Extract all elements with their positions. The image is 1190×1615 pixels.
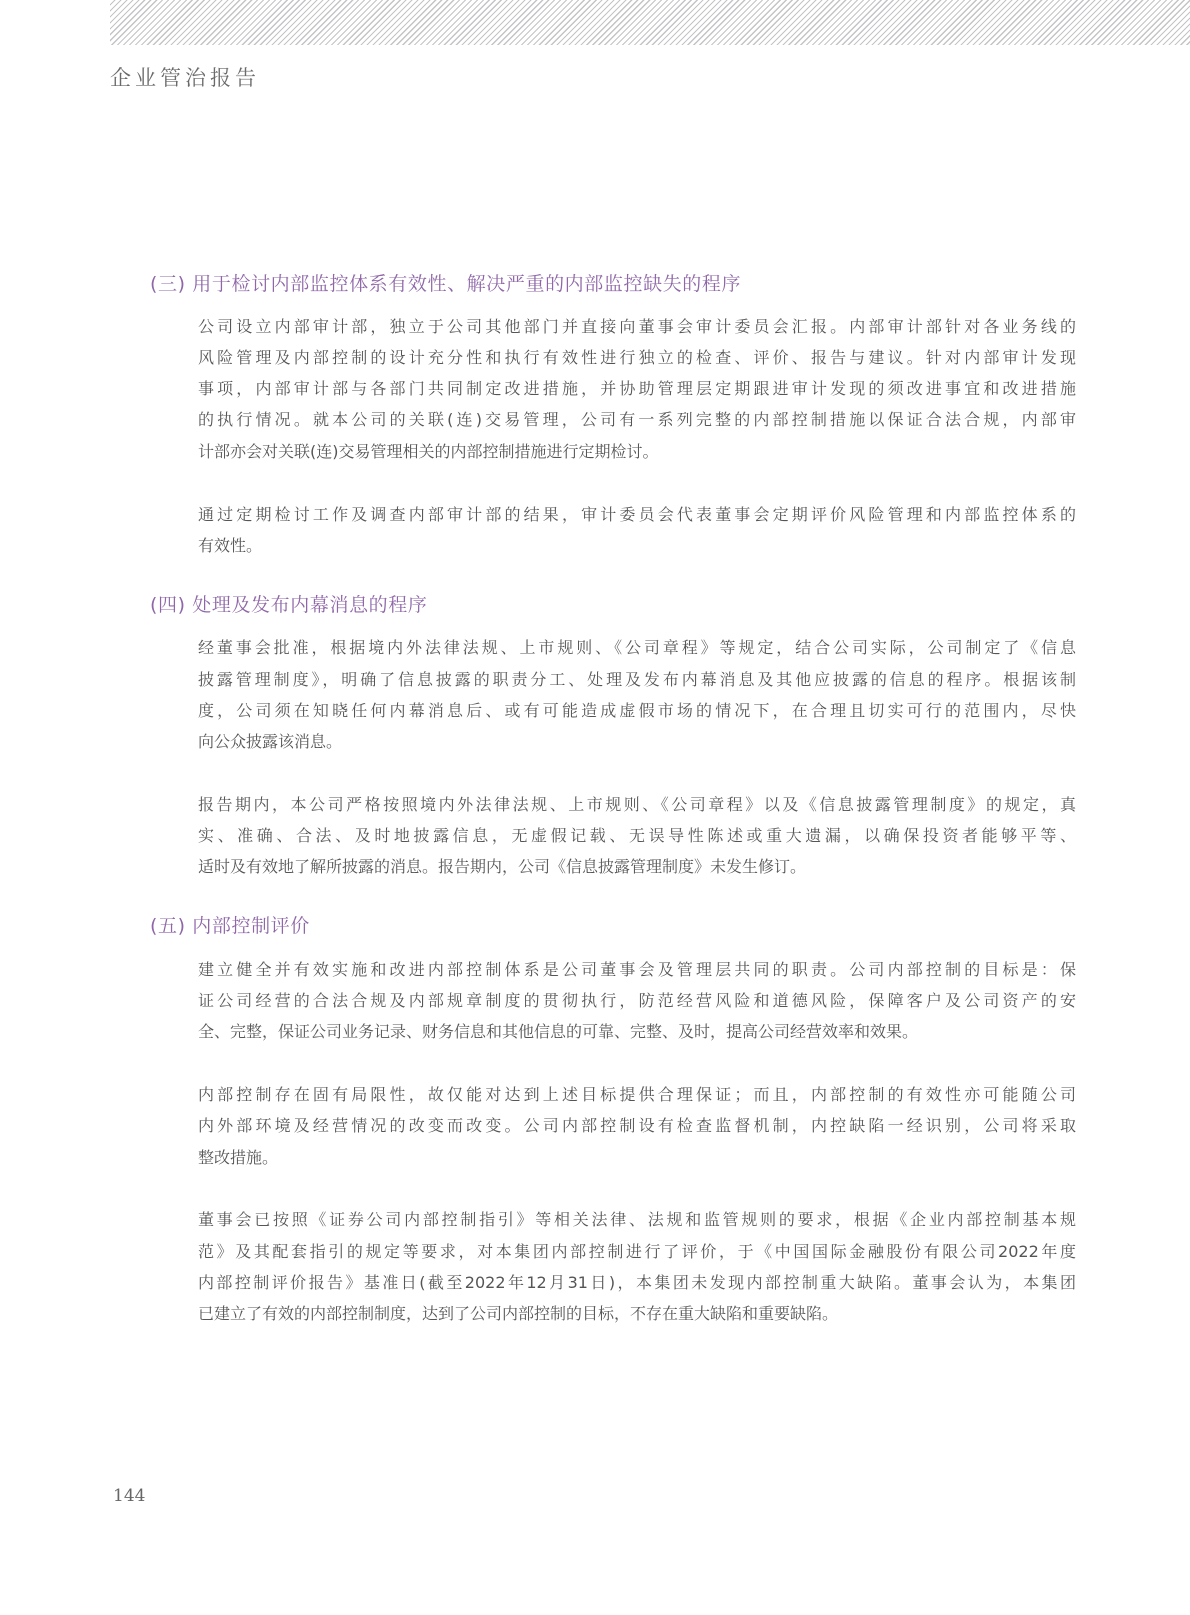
header-hatch-band bbox=[110, 0, 1190, 45]
text-line: 有效性。 bbox=[198, 534, 1076, 558]
text-line: 范》及其配套指引的规定等要求，对本集团内部控制进行了评价，于《中国国际金融股份有… bbox=[198, 1240, 1076, 1264]
text-line: 公司设立内部审计部，独立于公司其他部门并直接向董事会审计委员会汇报。内部审计部针… bbox=[198, 315, 1076, 339]
text-line: 整改措施。 bbox=[198, 1146, 1076, 1170]
text-line: 事项，内部审计部与各部门共同制定改进措施，并协助管理层定期跟进审计发现的须改进事… bbox=[198, 377, 1076, 401]
section-heading-3: (三) 用于检讨内部监控体系有效性、解决严重的内部监控缺失的程序 bbox=[150, 271, 741, 297]
running-title: 企业管治报告 bbox=[110, 62, 260, 92]
text-line: 通过定期检讨工作及调查内部审计部的结果，审计委员会代表董事会定期评价风险管理和内… bbox=[198, 503, 1076, 527]
text-line: 全、完整，保证公司业务记录、财务信息和其他信息的可靠、完整、及时，提高公司经营效… bbox=[198, 1020, 1076, 1044]
section-heading-4: (四) 处理及发布内幕消息的程序 bbox=[150, 592, 427, 618]
text-line: 度，公司须在知晓任何内幕消息后、或有可能造成虚假市场的情况下，在合理且切实可行的… bbox=[198, 699, 1076, 723]
text-line: 的执行情况。就本公司的关联(连)交易管理，公司有一系列完整的内部控制措施以保证合… bbox=[198, 408, 1076, 432]
text-line: 报告期内，本公司严格按照境内外法律法规、上市规则、《公司章程》以及《信息披露管理… bbox=[198, 793, 1076, 817]
text-line: 证公司经营的合法合规及内部规章制度的贯彻执行，防范经营风险和道德风险，保障客户及… bbox=[198, 989, 1076, 1013]
text-line: 内部控制存在固有局限性，故仅能对达到上述目标提供合理保证；而且，内部控制的有效性… bbox=[198, 1083, 1076, 1107]
text-line: 适时及有效地了解所披露的消息。报告期内，公司《信息披露管理制度》未发生修订。 bbox=[198, 855, 1076, 879]
text-line: 计部亦会对关联(连)交易管理相关的内部控制措施进行定期检讨。 bbox=[198, 440, 1076, 464]
text-line: 建立健全并有效实施和改进内部控制体系是公司董事会及管理层共同的职责。公司内部控制… bbox=[198, 958, 1076, 982]
text-line: 风险管理及内部控制的设计充分性和执行有效性进行独立的检查、评价、报告与建议。针对… bbox=[198, 346, 1076, 370]
page-number: 144 bbox=[113, 1486, 145, 1506]
text-line: 内外部环境及经营情况的改变而改变。公司内部控制设有检查监督机制，内控缺陷一经识别… bbox=[198, 1114, 1076, 1138]
text-line: 披露管理制度》，明确了信息披露的职责分工、处理及发布内幕消息及其他应披露的信息的… bbox=[198, 668, 1076, 692]
text-line: 已建立了有效的内部控制制度，达到了公司内部控制的目标，不存在重大缺陷和重要缺陷。 bbox=[198, 1302, 1076, 1326]
text-line: 实、准确、合法、及时地披露信息，无虚假记载、无误导性陈述或重大遗漏，以确保投资者… bbox=[198, 824, 1076, 848]
text-line: 向公众披露该消息。 bbox=[198, 730, 1076, 754]
text-line: 经董事会批准，根据境内外法律法规、上市规则、《公司章程》等规定，结合公司实际，公… bbox=[198, 636, 1076, 660]
section-heading-5: (五) 内部控制评价 bbox=[150, 913, 310, 939]
text-line: 董事会已按照《证券公司内部控制指引》等相关法律、法规和监管规则的要求，根据《企业… bbox=[198, 1208, 1076, 1232]
text-line: 内部控制评价报告》基准日(截至2022年12月31日)，本集团未发现内部控制重大… bbox=[198, 1271, 1076, 1295]
